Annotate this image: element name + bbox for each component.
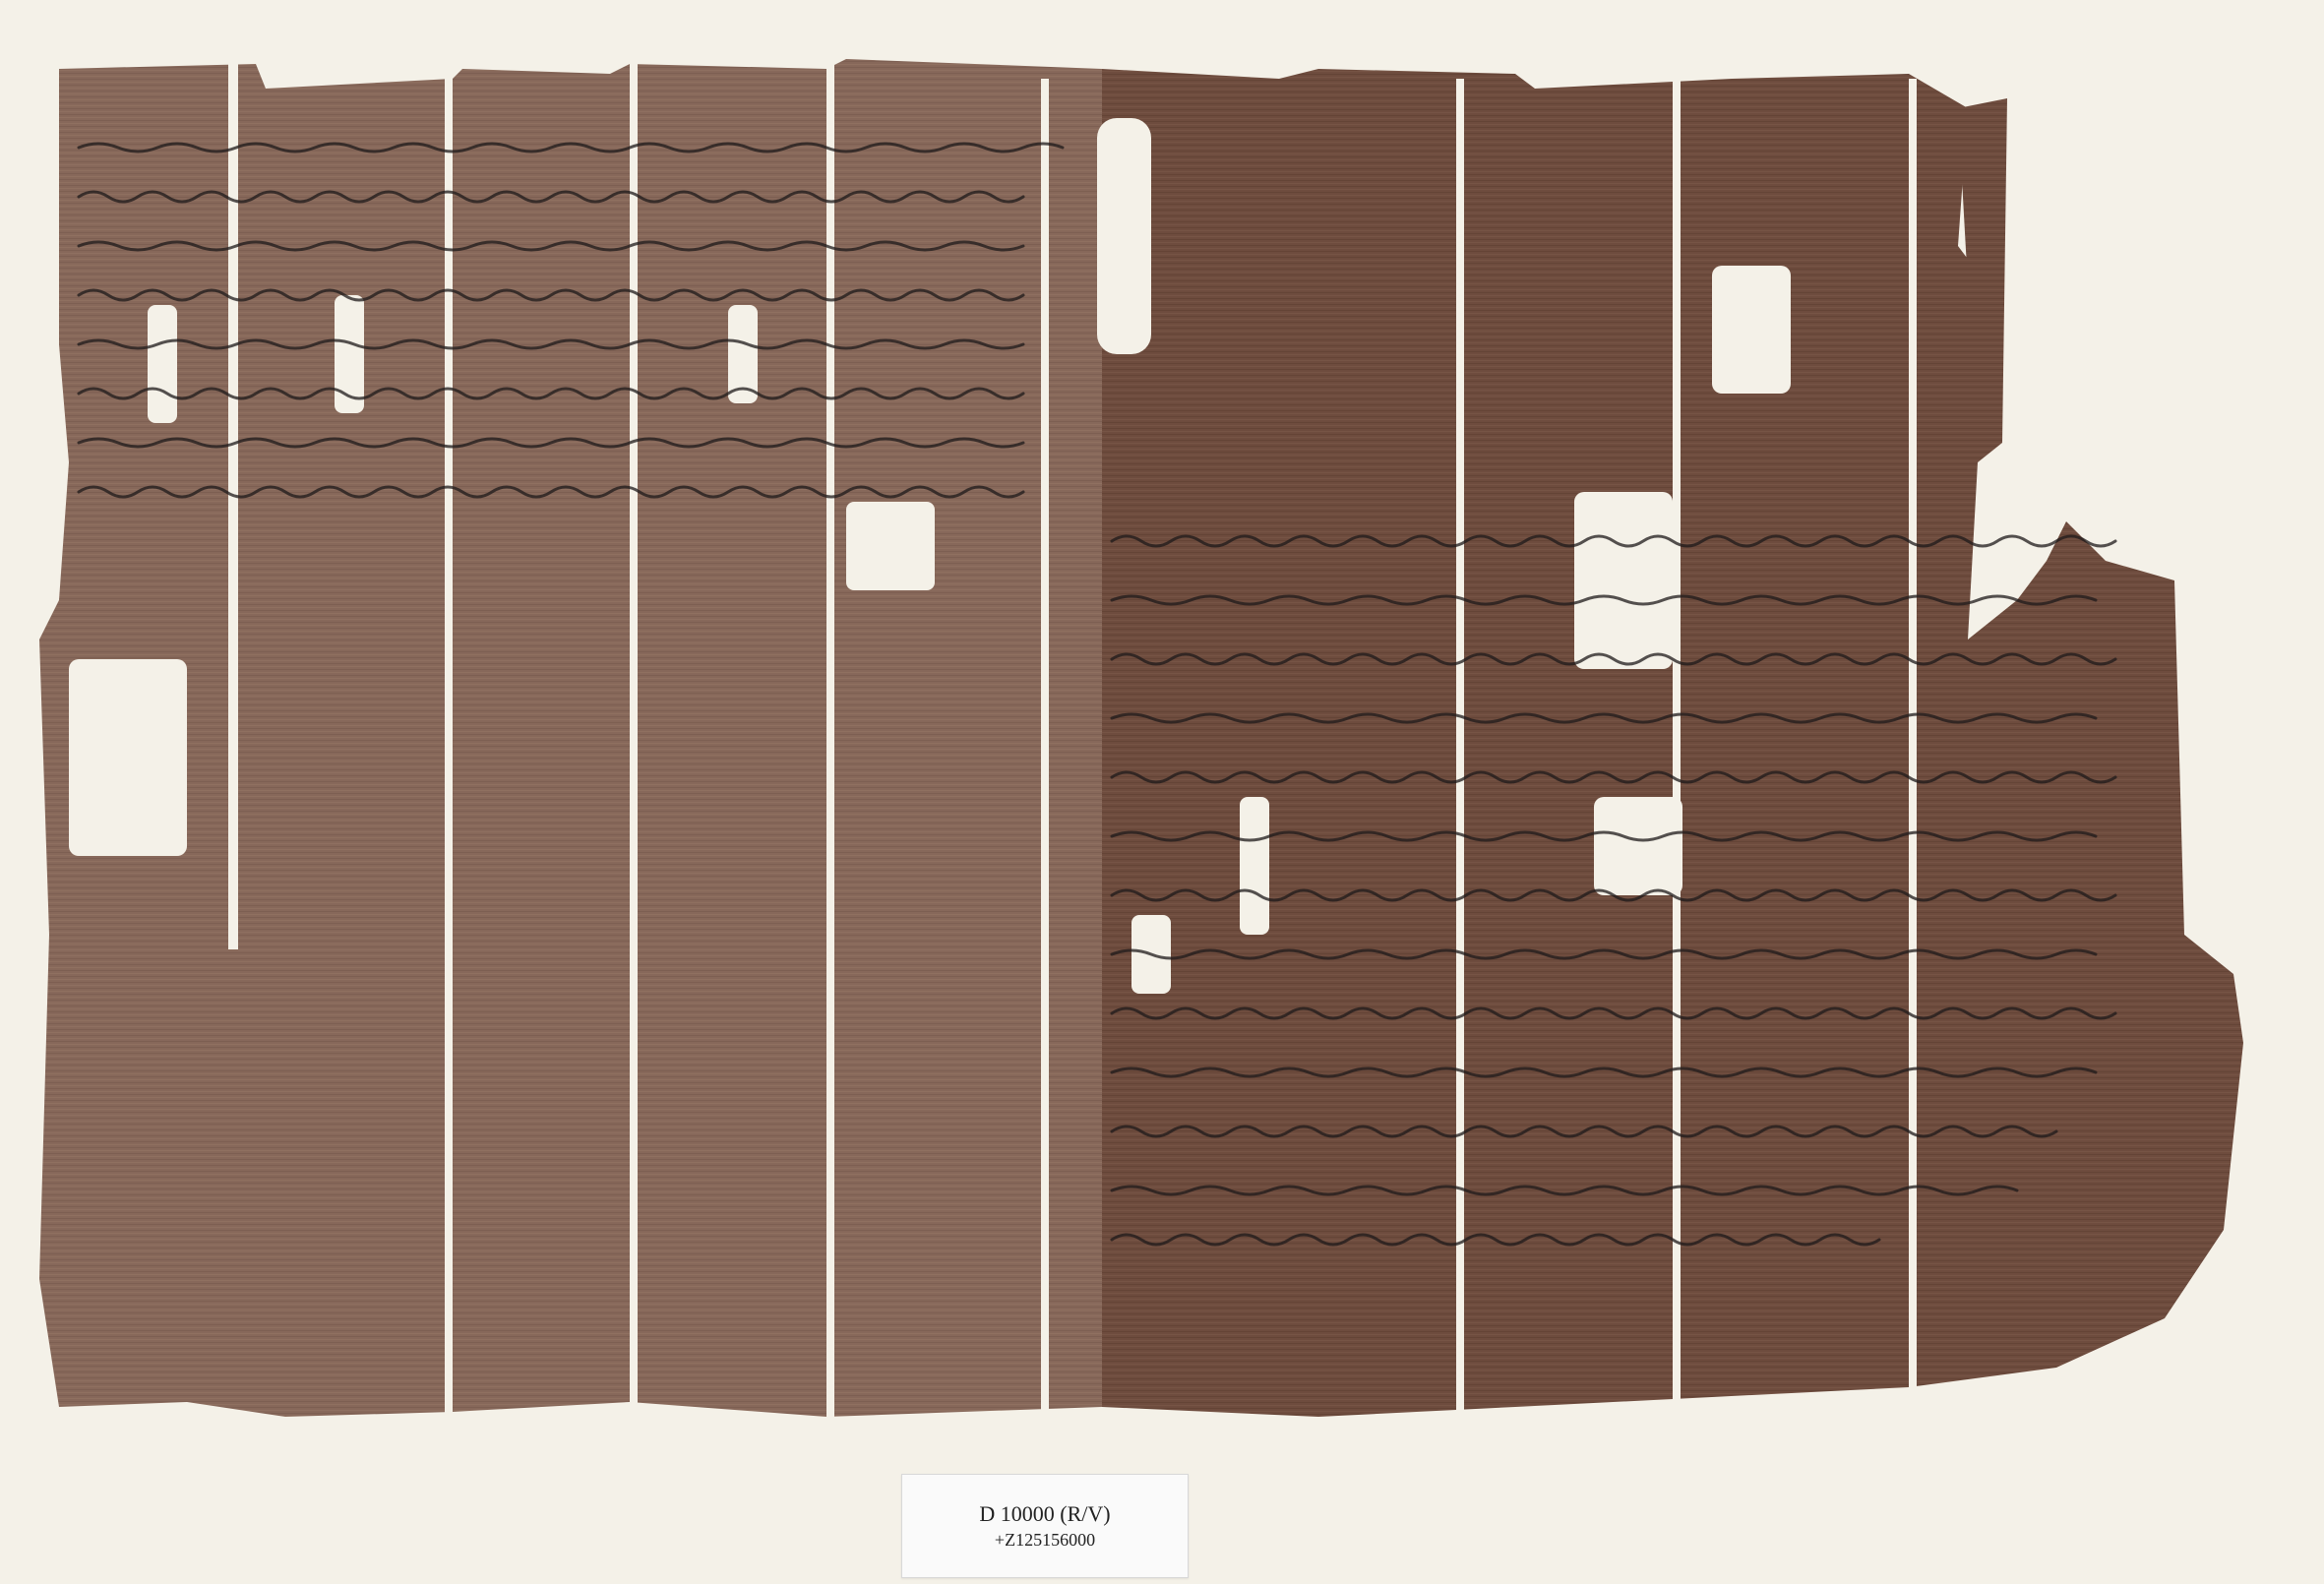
- papyrus-image: [39, 49, 2283, 1436]
- papyrus-fragment: [39, 49, 2283, 1436]
- catalog-inventory-number: D 10000 (R/V): [979, 1500, 1110, 1528]
- catalog-barcode-id: +Z125156000: [995, 1528, 1095, 1552]
- catalog-label: D 10000 (R/V) +Z125156000: [901, 1474, 1189, 1578]
